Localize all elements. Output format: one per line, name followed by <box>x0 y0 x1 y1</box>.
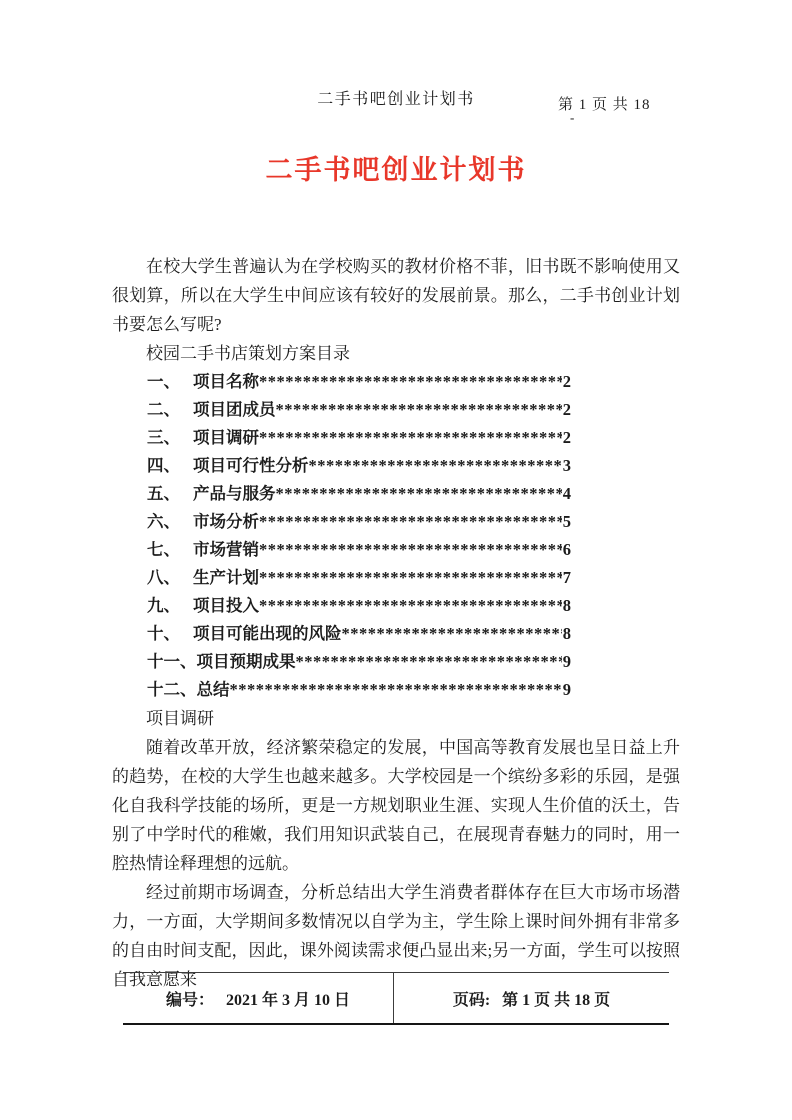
toc-entry: 十、项目可能出现的风险*****************************… <box>147 620 571 648</box>
toc-page-number: 2 <box>562 368 571 396</box>
toc-page-number: 4 <box>562 480 571 508</box>
toc-page-number: 6 <box>562 536 571 564</box>
toc-leader: ****************************************… <box>230 676 562 704</box>
toc-leader: ******************************* <box>342 620 562 648</box>
toc-entry: 九、项目投入**********************************… <box>147 592 571 620</box>
toc-page-number: 3 <box>562 452 571 480</box>
toc-entry-label: 产品与服务 <box>193 480 276 508</box>
toc-leader: **************************************** <box>276 396 562 424</box>
table-of-contents: 一、项目名称**********************************… <box>147 368 571 704</box>
toc-entry-label: 项目团成员 <box>193 396 276 424</box>
toc-entry-label: 项目调研 <box>193 424 259 452</box>
toc-leader: ****************************************… <box>259 536 562 564</box>
toc-page-number: 9 <box>562 648 571 676</box>
footer-number-label: 编号： <box>166 987 214 1010</box>
toc-entry-label: 项目名称 <box>193 368 259 396</box>
body-paragraph: 随着改革开放，经济繁荣稳定的发展，中国高等教育发展也呈日益上升的趋势，在校的大学… <box>112 733 680 878</box>
stray-mark: - <box>570 110 574 126</box>
toc-page-number: 2 <box>562 396 571 424</box>
toc-entry-number: 四、 <box>147 452 193 480</box>
toc-entry: 一、项目名称**********************************… <box>147 368 571 396</box>
toc-page-number: 2 <box>562 424 571 452</box>
toc-entry-label: 项目可行性分析 <box>193 452 309 480</box>
toc-entry-label: 市场营销 <box>193 536 259 564</box>
toc-entry-label: 总结 <box>197 676 230 704</box>
toc-entry: 四、项目可行性分析*******************************… <box>147 452 571 480</box>
toc-entry-label: 项目可能出现的风险 <box>193 620 342 648</box>
toc-entry-label: 项目投入 <box>193 592 259 620</box>
toc-entry: 三、项目调研**********************************… <box>147 424 571 452</box>
toc-page-number: 5 <box>562 508 571 536</box>
intro-paragraph: 在校大学生普遍认为在学校购买的教材价格不菲，旧书既不影响使用又很划算，所以在大学… <box>112 252 680 339</box>
footer-number-cell: 编号： 2021 年 3 月 10 日 <box>123 973 394 1023</box>
toc-entry-number: 一、 <box>147 368 193 396</box>
toc-leader: ****************************************… <box>259 368 562 396</box>
toc-entry-label: 市场分析 <box>193 508 259 536</box>
toc-page-number: 8 <box>562 592 571 620</box>
toc-entry: 七、市场营销**********************************… <box>147 536 571 564</box>
toc-leader: ****************************************… <box>259 592 562 620</box>
toc-leader: **************************************** <box>276 480 562 508</box>
toc-entry-label: 项目预期成果 <box>197 648 296 676</box>
toc-page-number: 8 <box>562 620 571 648</box>
footer-page-value: 第 1 页 共 18 页 <box>502 987 610 1010</box>
toc-entry-number: 二、 <box>147 396 193 424</box>
document-body: 在校大学生普遍认为在学校购买的教材价格不菲，旧书既不影响使用又很划算，所以在大学… <box>112 252 680 994</box>
footer-table: 编号： 2021 年 3 月 10 日 页码: 第 1 页 共 18 页 <box>123 972 669 1025</box>
document-page: 二手书吧创业计划书 第 1 页 共 18 - 二手书吧创业计划书 在校大学生普遍… <box>0 0 792 1120</box>
running-header-title: 二手书吧创业计划书 <box>0 86 792 109</box>
toc-entry-number: 九、 <box>147 592 193 620</box>
toc-entry-number: 七、 <box>147 536 193 564</box>
toc-leader: ****************************************… <box>259 424 562 452</box>
toc-entry: 六、市场分析**********************************… <box>147 508 571 536</box>
toc-entry: 五、产品与服务*********************************… <box>147 480 571 508</box>
toc-entry-number: 十、 <box>147 620 193 648</box>
toc-entry-number: 十一、 <box>147 648 197 676</box>
toc-entry-number: 三、 <box>147 424 193 452</box>
toc-entry: 十二、总结***********************************… <box>147 676 571 704</box>
toc-entry-number: 五、 <box>147 480 193 508</box>
toc-entry: 十一、项目预期成果*******************************… <box>147 648 571 676</box>
toc-entry-number: 六、 <box>147 508 193 536</box>
page-title: 二手书吧创业计划书 <box>0 148 792 187</box>
footer-page-cell: 页码: 第 1 页 共 18 页 <box>394 973 669 1023</box>
toc-entry: 二、项目团成员*********************************… <box>147 396 571 424</box>
toc-entry: 八、生产计划**********************************… <box>147 564 571 592</box>
toc-leader: ****************************************… <box>259 508 562 536</box>
toc-leader: ****************************************… <box>259 564 562 592</box>
toc-entry-number: 八、 <box>147 564 193 592</box>
toc-page-number: 7 <box>562 564 571 592</box>
toc-entry-label: 生产计划 <box>193 564 259 592</box>
toc-page-number: 9 <box>562 676 571 704</box>
footer-date-value: 2021 年 3 月 10 日 <box>226 987 350 1010</box>
toc-entry-number: 十二、 <box>147 676 197 704</box>
toc-leader: ************************************ <box>309 452 562 480</box>
toc-leader: ************************************ <box>296 648 562 676</box>
footer-page-label: 页码: <box>453 987 490 1010</box>
toc-heading: 校园二手书店策划方案目录 <box>112 339 680 368</box>
section-heading: 项目调研 <box>112 704 680 733</box>
